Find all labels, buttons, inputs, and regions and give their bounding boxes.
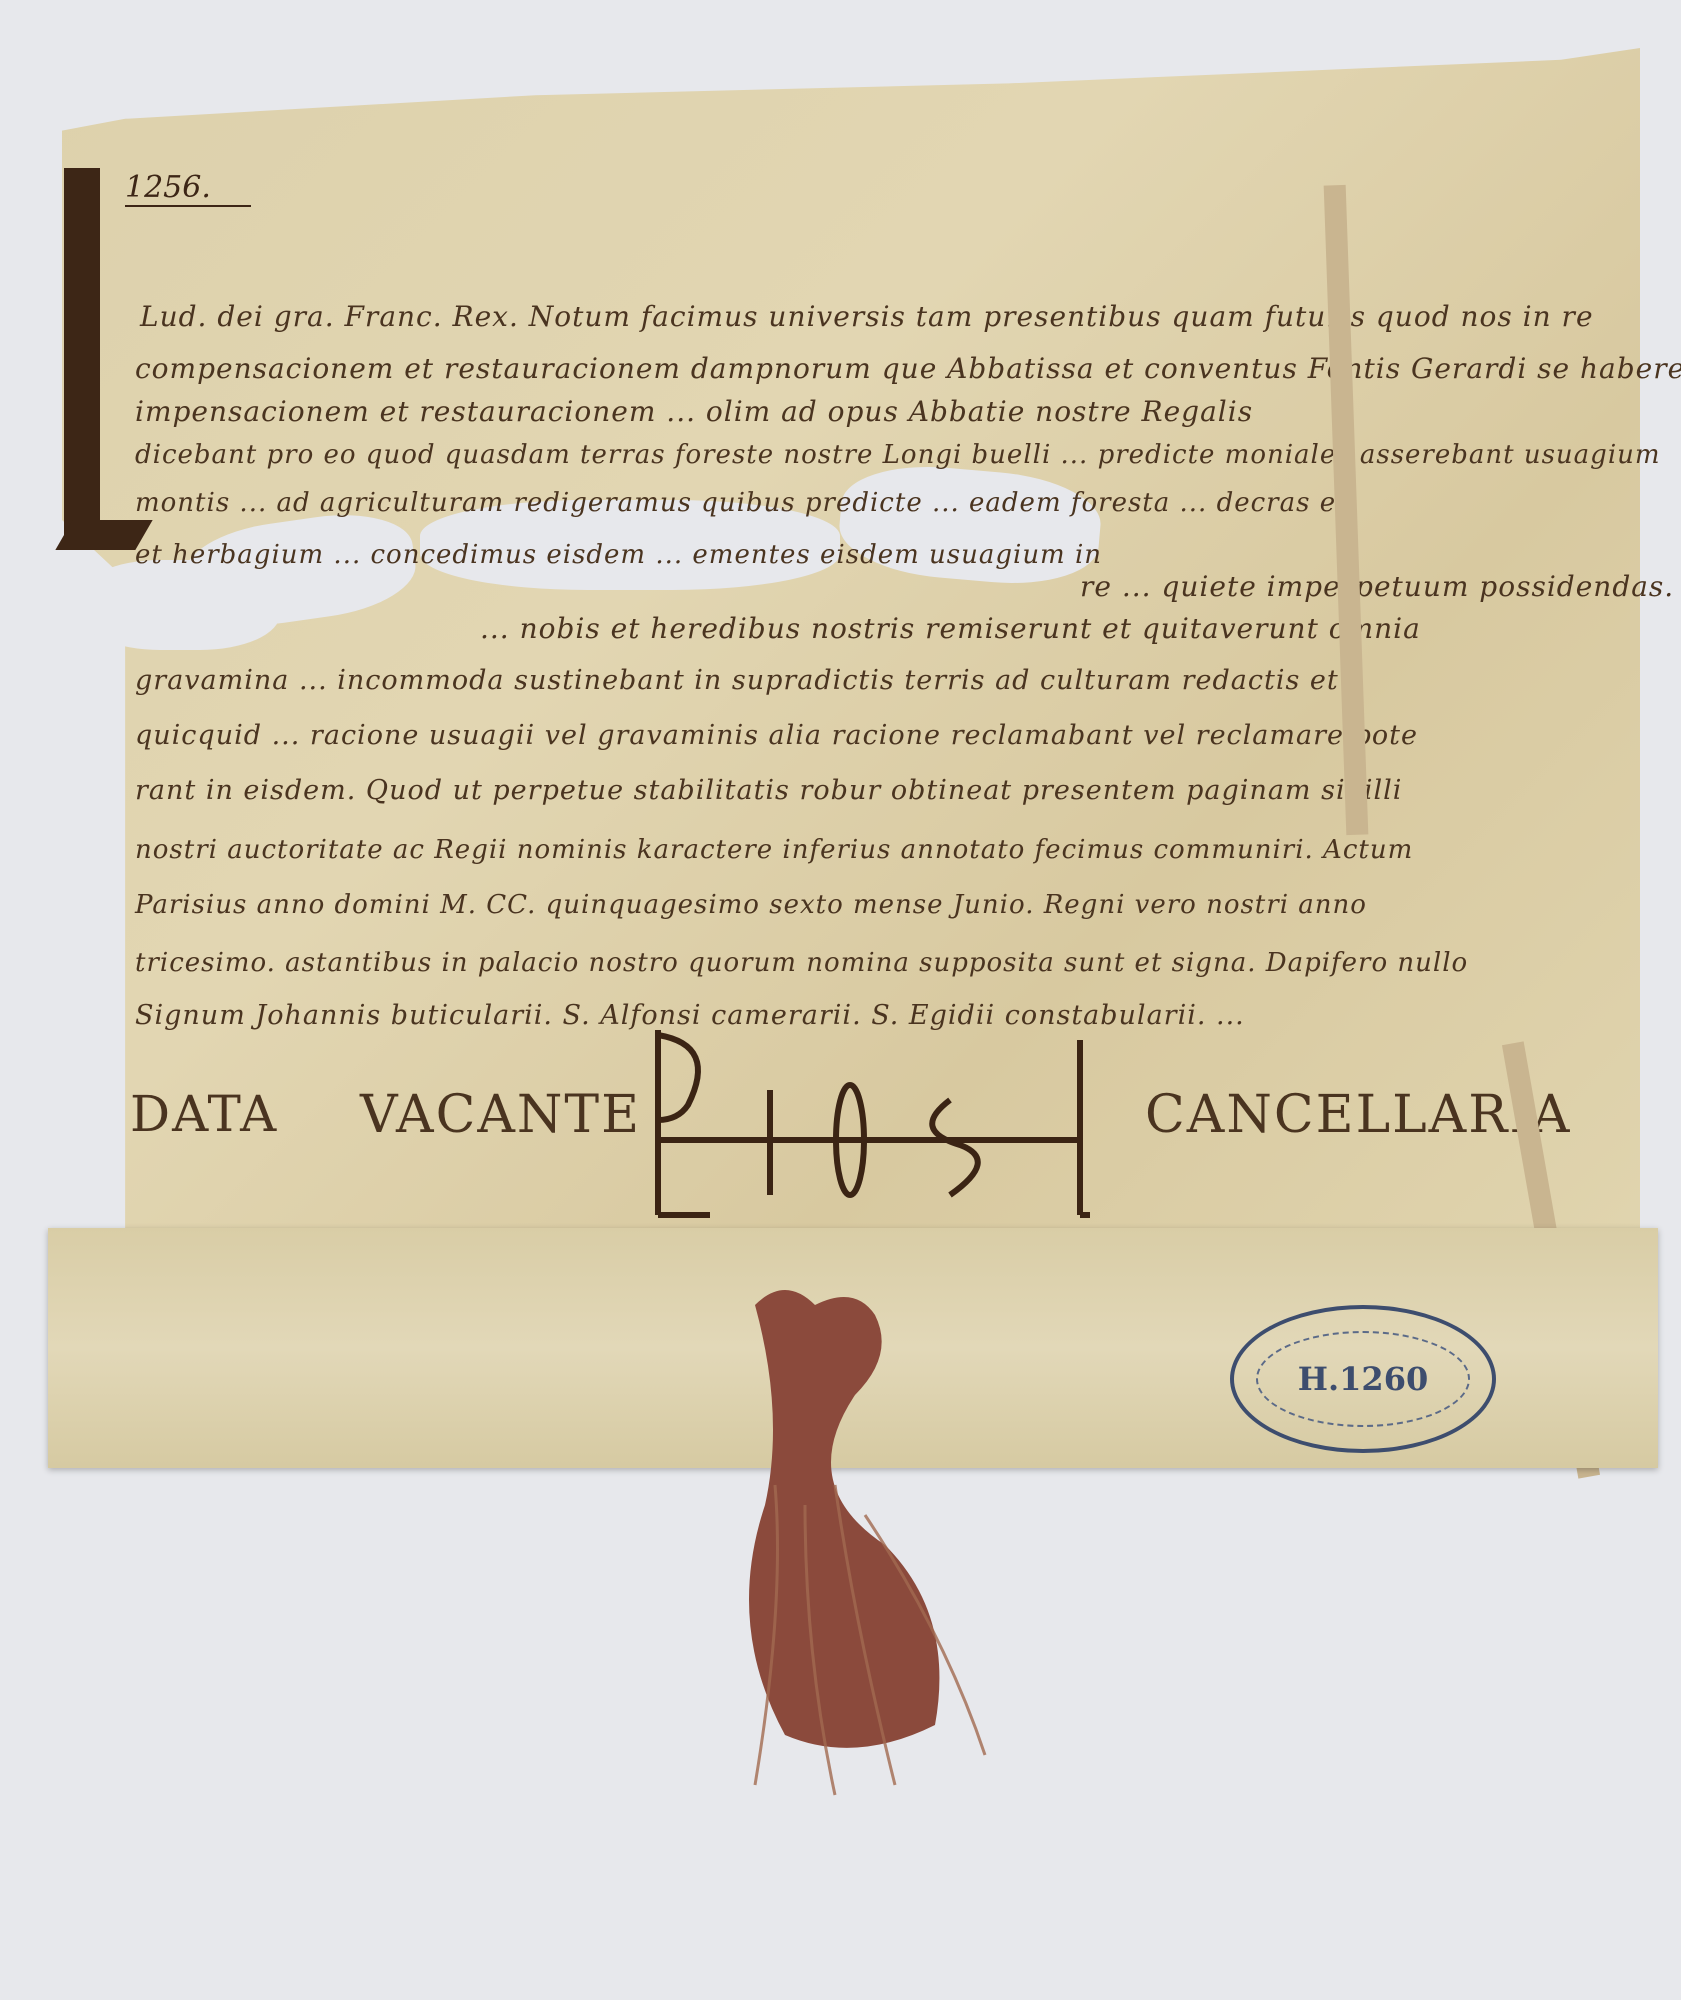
subscription-vacante: VACANTE bbox=[360, 1085, 641, 1145]
text-line: et herbagium ... concedimus eisdem ... e… bbox=[135, 540, 1102, 570]
archive-stamp: H.1260 bbox=[1230, 1305, 1496, 1453]
decorated-initial bbox=[64, 168, 100, 538]
text-line: dicebant pro eo quod quasdam terras fore… bbox=[135, 440, 1661, 470]
text-line: quicquid ... racione usuagii vel gravami… bbox=[135, 720, 1418, 751]
archive-stamp-ring bbox=[1256, 1331, 1470, 1427]
subscription-cancellaria: CANCELLARIA bbox=[1145, 1085, 1571, 1145]
text-line: compensacionem et restauracionem dampnor… bbox=[135, 352, 1681, 385]
text-line: Signum Johannis buticularii. S. Alfonsi … bbox=[135, 1000, 1245, 1031]
text-line: montis ... ad agriculturam redigeramus q… bbox=[135, 488, 1348, 518]
text-line: tricesimo. astantibus in palacio nostro … bbox=[135, 948, 1468, 978]
text-line: ... nobis et heredibus nostris remiserun… bbox=[480, 612, 1421, 645]
text-line: nostri auctoritate ac Regii nominis kara… bbox=[135, 835, 1413, 865]
text-line: gravamina ... incommoda sustinebant in s… bbox=[135, 665, 1339, 696]
archival-year-note: 1256. bbox=[125, 170, 251, 207]
text-line: Parisius anno domini M. CC. quinquagesim… bbox=[135, 890, 1367, 920]
text-line: impensacionem et restauracionem ... olim… bbox=[135, 395, 1253, 428]
text-line: Lud. dei gra. Franc. Rex. Notum facimus … bbox=[140, 300, 1594, 333]
text-line: re ... quiete imperpetuum possidendas. P… bbox=[1080, 570, 1681, 603]
damage-hole bbox=[80, 560, 280, 650]
text-line: rant in eisdem. Quod ut perpetue stabili… bbox=[135, 775, 1402, 806]
silk-seal-cord bbox=[715, 1285, 1075, 1805]
subscription-data: DATA bbox=[130, 1085, 278, 1143]
royal-monogram bbox=[650, 1030, 1090, 1220]
